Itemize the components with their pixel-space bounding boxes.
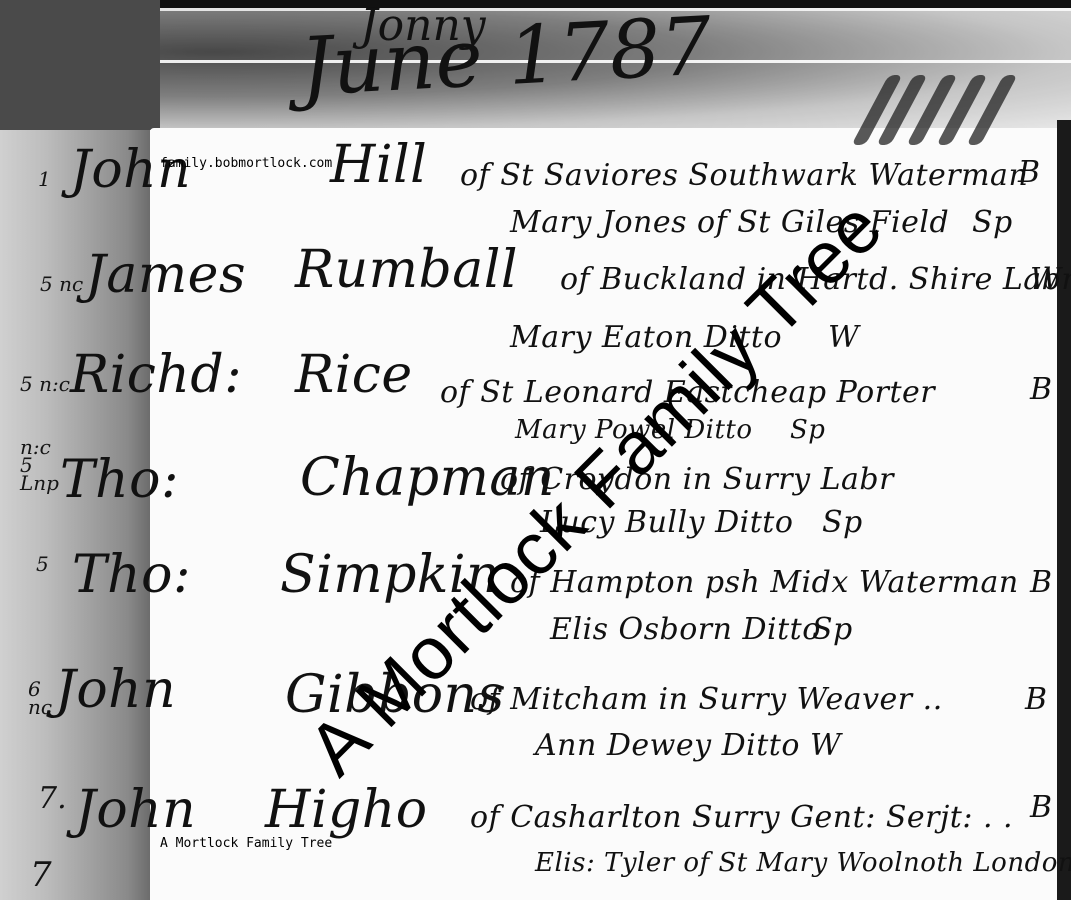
groom-status: B xyxy=(1030,565,1052,600)
margin-note: 6 nc xyxy=(28,680,58,716)
groom-detail: of Casharlton Surry Gent: Serjt: . . xyxy=(470,800,1013,835)
groom-first-name: James xyxy=(85,245,246,305)
scan-top-edge xyxy=(0,0,1071,8)
watermark-url: family.bobmortlock.com xyxy=(160,156,332,171)
margin-note: 1 xyxy=(38,170,51,188)
groom-first-name: Tho: xyxy=(72,545,191,605)
margin-note: 7. xyxy=(38,790,67,808)
margin-note: 5 nc xyxy=(40,275,83,293)
watermark-caption: A Mortlock Family Tree xyxy=(160,836,332,851)
groom-status: B xyxy=(1030,372,1052,407)
groom-status: B xyxy=(1030,790,1052,825)
groom-status: B xyxy=(1025,682,1047,717)
groom-surname: Rice xyxy=(295,345,413,405)
groom-detail: of Hampton psh Midx Waterman xyxy=(510,565,1019,600)
margin-note: 5 xyxy=(36,555,49,573)
bride-status: W xyxy=(810,728,841,763)
bride-detail: Elis: Tyler of St Mary Woolnoth London xyxy=(535,848,1071,878)
groom-status: B xyxy=(1018,155,1040,190)
bride-status: Sp xyxy=(822,505,863,540)
groom-first-name: John xyxy=(55,660,176,720)
groom-surname: Rumball xyxy=(295,240,518,300)
groom-first-name: John xyxy=(75,780,196,840)
bride-status: Sp xyxy=(812,612,853,647)
bride-status: Sp xyxy=(972,205,1013,240)
groom-status: W xyxy=(1030,262,1061,297)
groom-first-name: Tho: xyxy=(60,450,179,510)
scan-corner-shadow xyxy=(0,0,160,130)
groom-detail: of Mitcham in Surry Weaver .. xyxy=(470,682,943,717)
scanned-register-page: Jonny June 1787 1 John Hill of St Savior… xyxy=(0,0,1071,900)
groom-surname: Hill xyxy=(330,135,427,195)
margin-note: n:c 5 Lnp xyxy=(20,438,60,492)
bride-detail: Ann Dewey Ditto xyxy=(535,728,800,763)
bride-detail: Elis Osborn Ditto xyxy=(550,612,821,647)
margin-note: 7 xyxy=(30,866,52,884)
groom-first-name: Richd: xyxy=(70,345,242,405)
bride-status: Sp xyxy=(790,415,825,445)
margin-note: 5 n:c xyxy=(20,375,70,393)
bride-status: W xyxy=(828,320,859,355)
scan-right-edge xyxy=(1057,120,1071,900)
